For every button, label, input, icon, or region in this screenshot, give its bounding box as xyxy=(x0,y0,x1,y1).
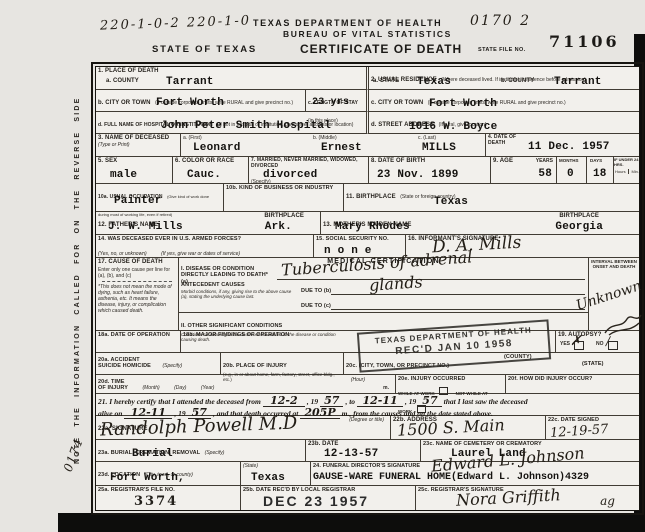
field-length-of-stay: c. LENGTH OF STAY (in this place) 23 yrs xyxy=(306,90,369,112)
field-usual-residence: 2. USUAL RESIDENCE (Where deceased lived… xyxy=(369,67,639,90)
due-to-b-label: DUE TO (b) xyxy=(301,288,331,294)
certificate-form: 1. PLACE OF DEATH a. COUNTY Tarrant 2. U… xyxy=(95,66,640,511)
scan-black-edge-bottom xyxy=(58,513,645,532)
field-physician-signature: 22a. SIGNATURE (Degree or title) Randolp… xyxy=(96,416,391,440)
funeral-director-value: GAUSE-WARE FUNERAL HOME(Edward L. Johnso… xyxy=(313,473,589,484)
name-note: (Type or Print) xyxy=(98,142,178,148)
armed-forces-note2: (If yes, give war or dates of service) xyxy=(161,251,240,257)
mother-birthplace-value: Georgia xyxy=(555,222,603,234)
bureau-title: BUREAU OF VITAL STATISTICS xyxy=(283,29,452,39)
residence-state-label: a. STATE xyxy=(373,78,399,85)
city-label: b. CITY OR TOWN xyxy=(98,100,151,106)
field-date-signed: 22c. DATE SIGNED 12-19-57 xyxy=(546,416,639,440)
age-months-label: MONTHS xyxy=(559,158,579,163)
cause-of-death-sidebar: 17. CAUSE OF DEATH Enter only one cause … xyxy=(96,258,179,331)
age-under24-label: IF UNDER 24 HRS. xyxy=(614,157,640,167)
age-years-cell: 9. AGE YEARS 58 xyxy=(491,157,556,184)
first-name-value: Leonard xyxy=(193,143,241,155)
field-middle-name: b. (Middle) Ernest xyxy=(311,134,416,157)
location-state-label: (State) xyxy=(243,463,308,469)
field-marital-status: 7. MARRIED, NEVER MARRIED, WIDOWED, DIVO… xyxy=(249,157,369,184)
antecedent-note: Morbid conditions, if any, giving rise t… xyxy=(181,289,296,299)
field-sex: 5. SEX male xyxy=(96,157,173,184)
due-to-c-label: DUE TO (c) xyxy=(301,303,331,309)
field-color-or-race: 6. COLOR OR RACE Cauc. xyxy=(173,157,249,184)
location-value: Fort Worth, xyxy=(110,473,185,485)
due-to-b-rule xyxy=(331,294,585,295)
mother-value: Mary Rhodes xyxy=(335,222,410,234)
cemetery-label: 23c. NAME OF CEMETERY OR CREMATORY xyxy=(423,441,637,447)
cert-to-year: 57 xyxy=(418,395,441,407)
age-months-value: 0 xyxy=(567,169,574,181)
age-under24-cell: IF UNDER 24 HRS. Hours Min. xyxy=(613,157,640,184)
death-certificate-scan: 220-1-0-2 220-1-0 TEXAS DEPARTMENT OF HE… xyxy=(0,0,645,532)
cause-sidebar-note2: *This does not mean the mode of dying, s… xyxy=(98,284,176,314)
armed-forces-label: 14. WAS DECEASED EVER IN U.S. ARMED FORC… xyxy=(98,236,311,242)
place-injury-label: 20b. PLACE OF INJURY xyxy=(223,363,287,369)
field-business-industry: 10b. KIND OF BUSINESS OR INDUSTRY xyxy=(224,184,344,212)
cert-to-date: 12-11 xyxy=(357,395,403,407)
field-mothers-name: 13. MOTHER'S MAIDEN NAME BIRTHPLACE Mary… xyxy=(321,212,639,235)
field-street-address: d. STREET ADDRESS (If rural, give locati… xyxy=(369,112,639,134)
field-burial-date: 23b. DATE 12-13-57 xyxy=(306,440,421,462)
state-of-texas: STATE OF TEXAS xyxy=(152,44,257,55)
physician-certification-statement: 21. I hereby certify that I attended the… xyxy=(96,394,639,416)
handwritten-scribble xyxy=(603,313,643,337)
field-last-name: c. (Last) MILLS xyxy=(416,134,486,157)
field-injury-occurred: 20e. INJURY OCCURRED WHILE AT WORK NOT W… xyxy=(396,375,506,394)
field-fathers-name: 12. FATHER'S NAME BIRTHPLACE J. W. Mills… xyxy=(96,212,321,235)
handwritten-header-right: 0170 2 xyxy=(470,13,531,29)
time-injury-label: 20d. TIME OF INJURY xyxy=(98,379,132,392)
field-age: 9. AGE YEARS 58 MONTHS 0 DAYS 18 IF UNDE… xyxy=(491,157,639,184)
age-years-value: 58 xyxy=(538,169,552,181)
date-received-stamp: DEC 23 1957 xyxy=(263,493,369,509)
location-state-value: Texas xyxy=(251,473,285,485)
field-time-of-injury: 20d. TIME OF INJURY (Month) (Day) (Year)… xyxy=(96,375,396,394)
middle-name-value: Ernest xyxy=(321,143,362,155)
industry-label: 10b. KIND OF BUSINESS OR INDUSTRY xyxy=(226,185,341,191)
accident-note: (Specify) xyxy=(162,363,182,369)
handwritten-header-codes: 220-1-0-2 220-1-0 xyxy=(100,13,252,33)
birthplace-label: 11. BIRTHPLACE xyxy=(346,194,396,200)
residence-city-label: c. CITY OR TOWN xyxy=(371,100,423,106)
sex-value: male xyxy=(110,170,137,182)
cert-text-5: that I last saw the deceased xyxy=(444,397,528,406)
field-date-of-birth: 8. DATE OF BIRTH 23 Nov. 1899 xyxy=(369,157,491,184)
residence-county-label: b. COUNTY xyxy=(501,78,534,85)
race-value: Cauc. xyxy=(187,170,221,182)
section-1-title: 1. PLACE OF DEATH xyxy=(98,68,364,75)
autopsy-no-label: NO xyxy=(596,341,604,347)
registrar-file-value: 3374 xyxy=(134,494,178,509)
injury-occurred-label: 20e. INJURY OCCURRED xyxy=(398,376,503,382)
field-date-of-operation: 18a. DATE OF OPERATION xyxy=(96,331,181,353)
marital-label: 7. MARRIED, NEVER MARRIED, WIDOWED, DIVO… xyxy=(251,158,366,170)
residence-state-value: Texas xyxy=(417,77,451,89)
field-funeral-director: 24. FUNERAL DIRECTOR'S SIGNATURE GAUSE-W… xyxy=(311,462,639,486)
residence-county-value: Tarrant xyxy=(554,77,602,89)
injury-state-label: (STATE) xyxy=(582,361,604,367)
registrar-file-label: 25a. REGISTRAR'S FILE NO. xyxy=(98,487,238,493)
field-date-received: 25b. DATE REC'D BY LOCAL REGISTRAR DEC 2… xyxy=(241,486,416,510)
father-birthplace-label: BIRTHPLACE xyxy=(264,213,304,220)
hospital-value: John Peter Smith Hospital xyxy=(161,121,331,133)
last-name-value: MILLS xyxy=(422,143,456,155)
cert-from-date: 12-2 xyxy=(263,395,305,407)
length-of-stay-value: 23 yrs xyxy=(312,98,349,109)
middle-name-label: b. (Middle) xyxy=(313,135,414,141)
autopsy-yes-label: YES xyxy=(560,341,570,347)
medical-certification-area: MEDICAL CERTIFICATION I. DISEASE OR COND… xyxy=(179,258,589,313)
county-label: a. COUNTY xyxy=(106,78,139,85)
mother-birthplace-label: BIRTHPLACE xyxy=(559,213,599,220)
burial-note: (Specify) xyxy=(205,450,225,456)
occupation-value: Painter xyxy=(114,196,162,208)
time-injury-m: m. xyxy=(383,385,389,391)
field-physician-address: 22b. ADDRESS 1500 S. Main xyxy=(391,416,546,440)
cert-text-3: , to xyxy=(345,397,355,406)
age-years-label: YEARS xyxy=(536,158,553,164)
county-value: Tarrant xyxy=(166,77,214,89)
cause-line-a-rule xyxy=(277,279,585,280)
age-days-label: DAYS xyxy=(590,158,602,163)
field-city-of-death: b. CITY OR TOWN (If outside corporate li… xyxy=(96,90,306,112)
dob-label: 8. DATE OF BIRTH xyxy=(371,158,488,165)
antecedent-label: ANTECEDENT CAUSES xyxy=(181,282,245,288)
date-of-death-label: 4. DATE OF DEATH xyxy=(488,135,518,147)
age-months-cell: MONTHS 0 xyxy=(556,157,587,184)
field-burial-location-state: (State) Texas xyxy=(241,462,311,486)
age-hours-label: Hours xyxy=(615,169,626,174)
sex-label: 5. SEX xyxy=(98,158,170,165)
age-min-label: Min. xyxy=(628,169,639,174)
age-days-value: 18 xyxy=(593,169,607,181)
disease-condition-text: I. DISEASE OR CONDITION DIRECTLY LEADING… xyxy=(181,266,268,278)
burial-value: Burial xyxy=(132,449,173,461)
date-of-death-value: 11 Dec. 1957 xyxy=(528,142,610,154)
armed-forces-note1: (Yes, no, or unknown) xyxy=(98,251,147,257)
time-injury-day: (Day) xyxy=(174,385,186,391)
due-to-c-rule xyxy=(331,309,585,310)
cause-sidebar-note1: Enter only one cause per line for (a), (… xyxy=(98,267,176,279)
cause-label: 17. CAUSE OF DEATH xyxy=(98,259,176,266)
father-value: J. W. Mills xyxy=(108,222,183,234)
cert-text-4: , 19 xyxy=(405,397,416,406)
accident-label: 20a. ACCIDENT SUICIDE HOMICIDE xyxy=(98,357,158,370)
dob-value: 23 Nov. 1899 xyxy=(377,170,459,182)
field-birthplace: 11. BIRTHPLACE (State or foreign country… xyxy=(344,184,639,212)
how-injury-label: 20f. HOW DID INJURY OCCUR? xyxy=(508,376,637,382)
physician-signature-value: Randolph Powell M.D xyxy=(100,413,298,441)
field-date-of-death: 4. DATE OF DEATH 11 Dec. 1957 xyxy=(486,134,639,157)
age-days-cell: DAYS 18 xyxy=(586,157,614,184)
field-place-of-death-county: 1. PLACE OF DEATH a. COUNTY Tarrant xyxy=(96,67,369,90)
interval-label: INTERVAL BETWEEN ONSET AND DEATH xyxy=(591,259,637,269)
field-burial-cremation: 23a. BURIAL, CREMATION, REMOVAL (Specify… xyxy=(96,440,306,462)
field-autopsy: 19. AUTOPSY? YES ✗ NO ∕ xyxy=(556,331,639,353)
city-value: Fort Worth xyxy=(156,98,224,110)
department-title: TEXAS DEPARTMENT OF HEALTH xyxy=(253,18,442,28)
margin-vertical-note: NOTE THE INFORMATION CALLED FOR ON THE R… xyxy=(74,62,81,464)
time-injury-hour: (Hour) xyxy=(351,377,365,383)
marital-value: divorced xyxy=(263,170,317,182)
field-registrar-signature: 25c. REGISTRAR'S SIGNATURE Nora Griffith… xyxy=(416,486,639,510)
field-registrar-file-no: 25a. REGISTRAR'S FILE NO. 3374 xyxy=(96,486,241,510)
residence-city-value: Fort Worth xyxy=(429,99,497,111)
field-place-of-injury: 20b. PLACE OF INJURY (e.g., in or about … xyxy=(221,353,344,375)
field-accident-suicide-homicide: 20a. ACCIDENT SUICIDE HOMICIDE (Specify) xyxy=(96,353,221,375)
field-hospital-name: d. FULL NAME OF HOSPITAL OR INSTITUTION … xyxy=(96,112,369,134)
burial-date-label: 23b. DATE xyxy=(308,441,418,448)
field-residence-city: c. CITY OR TOWN (If outside corporate li… xyxy=(369,90,639,112)
birthplace-value: Texas xyxy=(434,197,468,209)
margin-handwritten-code: 0174 xyxy=(61,436,86,473)
age-label: 9. AGE xyxy=(493,158,513,165)
father-birthplace-value: Ark. xyxy=(265,222,292,234)
cert-text-1: 21. I hereby certify that I attended the… xyxy=(98,397,261,406)
time-injury-year: (Year) xyxy=(201,385,215,391)
state-file-no-label: STATE FILE NO. xyxy=(478,47,526,53)
time-injury-month: (Month) xyxy=(142,385,159,391)
certificate-title: CERTIFICATE OF DEATH xyxy=(300,42,462,56)
date-operation-label: 18a. DATE OF OPERATION xyxy=(98,332,178,338)
sidebar-divider xyxy=(102,281,172,282)
field-burial-location: 23d. LOCATION (City, town, or county) Fo… xyxy=(96,462,241,486)
autopsy-yes-x-mark: ✗ xyxy=(570,333,582,349)
cause-line-a-value2: glands xyxy=(368,272,423,295)
ssn-label: 15. SOCIAL SECURITY NO. xyxy=(316,236,403,242)
state-file-number: 71106 xyxy=(549,32,620,51)
other-conditions-label: II. OTHER SIGNIFICANT CONDITIONS xyxy=(181,323,282,329)
field-first-name: a. (First) Leonard xyxy=(181,134,311,157)
cert-text-2: , 19 xyxy=(307,397,318,406)
field-usual-occupation: 10a. USUAL OCCUPATION (Give kind of work… xyxy=(96,184,224,212)
registrar-signature-value: Nora Griffith xyxy=(456,485,561,509)
degree-title-note: (Degree or title) xyxy=(349,417,384,423)
last-name-label: c. (Last) xyxy=(418,135,483,141)
first-name-label: a. (First) xyxy=(183,135,309,141)
field-armed-forces: 14. WAS DECEASED EVER IN U.S. ARMED FORC… xyxy=(96,235,314,258)
registrar-signature-extra: ag xyxy=(600,494,615,508)
race-label: 6. COLOR OR RACE xyxy=(175,158,246,165)
burial-date-value: 12-13-57 xyxy=(324,449,378,461)
field-name-of-deceased-label: 3. NAME OF DECEASED (Type or Print) xyxy=(96,134,181,157)
name-label: 3. NAME OF DECEASED xyxy=(98,135,178,142)
field-how-injury-occurred: 20f. HOW DID INJURY OCCUR? xyxy=(506,375,639,394)
street-address-value: 1016 W. Boyce xyxy=(409,122,497,134)
date-signed-value: 12-19-57 xyxy=(550,422,609,441)
